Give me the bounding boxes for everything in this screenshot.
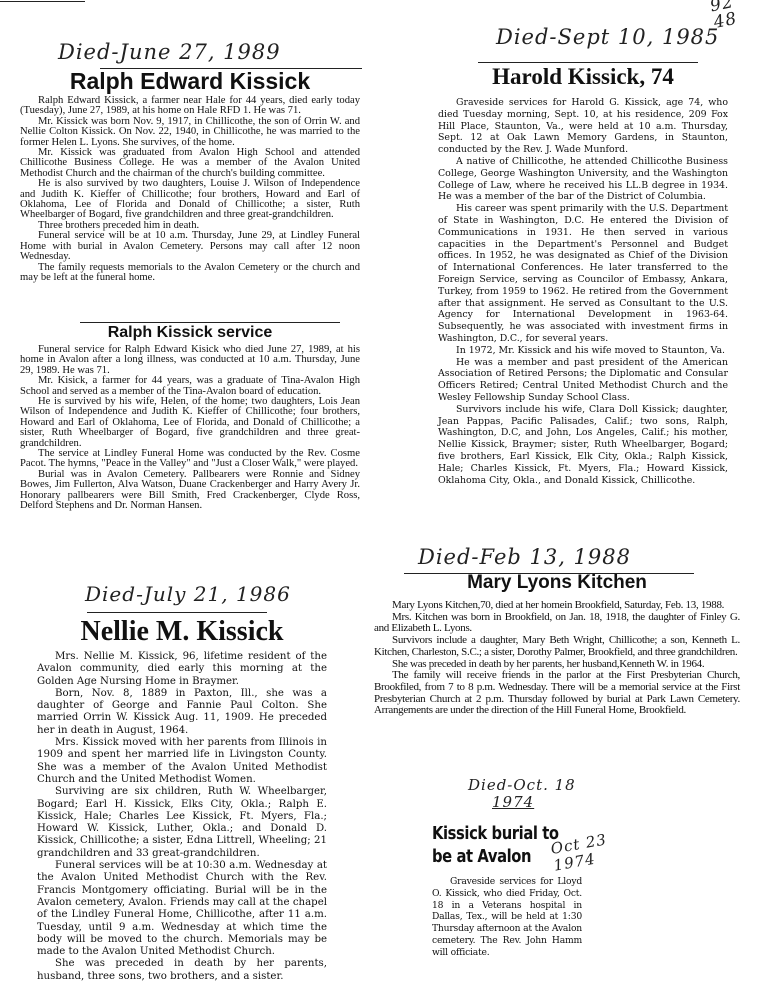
article-body: Graveside services for Harold G. Kissick… (438, 97, 728, 486)
paragraph: In 1972, Mr. Kissick and his wife moved … (438, 345, 728, 357)
paragraph: Graveside services for Harold G. Kissick… (438, 97, 728, 156)
paragraph: Mary Lyons Kitchen,70, died at her homei… (374, 600, 740, 612)
paragraph: He was a member and past president of th… (438, 357, 728, 404)
paragraph: She was preceded in death by her parents… (37, 958, 327, 983)
article-body: Graveside services for Lloyd O. Kissick,… (432, 876, 582, 959)
headline-rule (478, 62, 698, 63)
article-body: Mrs. Nellie M. Kissick, 96, lifetime res… (37, 651, 327, 983)
paragraph: Mrs. Kissick moved with her parents from… (37, 737, 327, 786)
headline: Nellie M. Kissick (37, 618, 327, 646)
paragraph: Funeral service will be at 10 a.m. Thurs… (20, 231, 360, 262)
stray-rule (0, 1, 85, 2)
paragraph: Funeral service for Ralph Edward Kisick … (20, 345, 360, 376)
paragraph: Graveside services for Lloyd O. Kissick,… (432, 876, 582, 959)
paragraph: Funeral services will be at 10:30 a.m. W… (37, 860, 327, 958)
handwritten-death-date: Died-Oct. 18 (468, 776, 576, 794)
handwritten-death-date: Died-July 21, 1986 (85, 582, 291, 606)
headline: Ralph Edward Kissick (20, 70, 360, 93)
handwritten-death-date: Died-Sept 10, 1985 (496, 25, 719, 49)
handwritten-death-date: Died-Feb 13, 1988 (418, 545, 631, 569)
article-body: Ralph Edward Kissick, a farmer near Hale… (20, 96, 360, 283)
paragraph: Born, Nov. 8, 1889 in Paxton, Ill., she … (37, 688, 327, 737)
paragraph: Survivors include a daughter, Mary Beth … (374, 635, 740, 658)
headline: Ralph Kissick service (20, 325, 360, 341)
paragraph: The family requests memorials to the Ava… (20, 263, 360, 284)
paragraph: Mrs. Kitchen was born in Brookfield, on … (374, 612, 740, 635)
paragraph: He is survived by his wife, Helen, of th… (20, 397, 360, 449)
paragraph: Mr. Kisick, a farmer for 44 years, was a… (20, 376, 360, 397)
paragraph: Ralph Edward Kissick, a farmer near Hale… (20, 96, 360, 117)
paragraph: The service at Lindley Funeral Home was … (20, 449, 360, 470)
headline-rule (80, 322, 340, 323)
paragraph: A native of Chillicothe, he attended Chi… (438, 156, 728, 203)
paragraph: He is also survived by two daughters, Lo… (20, 179, 360, 221)
article-body: Mary Lyons Kitchen,70, died at her homei… (374, 600, 740, 717)
handwritten-death-date: Died-June 27, 1989 (58, 40, 281, 64)
paragraph: Mr. Kissick was born Nov. 9, 1917, in Ch… (20, 117, 360, 148)
paragraph: Burial was in Avalon Cemetery. Pallbeare… (20, 470, 360, 512)
headline: Harold Kissick, 74 (438, 65, 728, 88)
headline-line-1: Kissick burial to (432, 822, 559, 845)
handwritten-death-year: 1974 (492, 793, 534, 811)
headline-line-2: be at Avalon (432, 845, 559, 868)
article-body: Funeral service for Ralph Edward Kisick … (20, 345, 360, 512)
headline: Kissick burial to be at Avalon (432, 822, 559, 868)
headline: Mary Lyons Kitchen (374, 573, 740, 592)
headline-rule (87, 612, 267, 613)
handwritten-publication-date: Oct 23 1974 (549, 831, 611, 874)
paragraph: Surviving are six children, Ruth W. Whee… (37, 786, 327, 860)
paragraph: Mr. Kissick was graduated from Avalon Hi… (20, 148, 360, 179)
paragraph: The family will receive friends in the p… (374, 670, 740, 717)
paragraph: Survivors include his wife, Clara Doll K… (438, 404, 728, 487)
paragraph: Mrs. Nellie M. Kissick, 96, lifetime res… (37, 651, 327, 688)
paragraph: His career was spent primarily with the … (438, 203, 728, 345)
